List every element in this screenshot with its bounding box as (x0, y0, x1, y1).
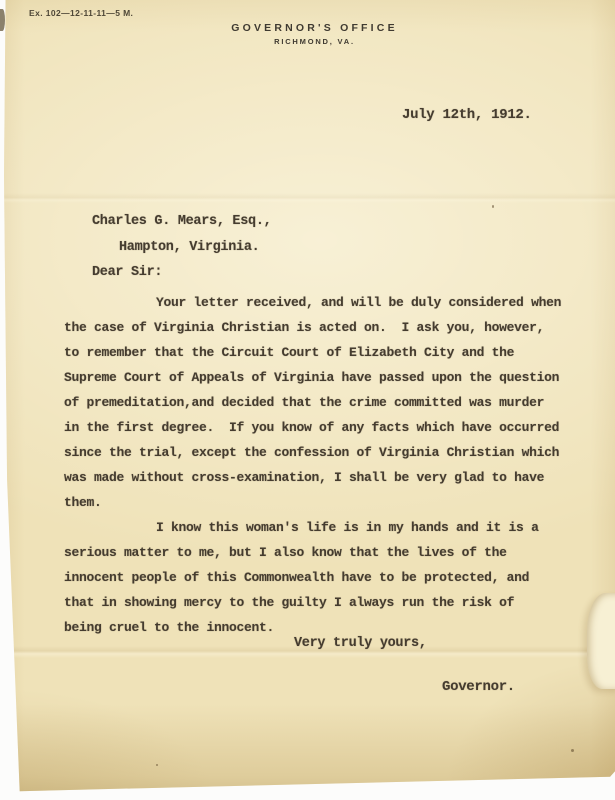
body-line: of premeditation,and decided that the cr… (64, 390, 564, 415)
paper-speck (156, 764, 158, 766)
body-line: in the first degree. If you know of any … (64, 415, 564, 440)
salutation: Dear Sir: (92, 265, 162, 280)
date-line: July 12th, 1912. (402, 107, 532, 123)
letterhead: GOVERNOR'S OFFICE RICHMOND, VA. (0, 22, 615, 46)
form-reference-number: Ex. 102—12-11-11—5 M. (29, 8, 133, 18)
body-line: them. (64, 490, 564, 515)
letter-paper: Ex. 102—12-11-11—5 M. GOVERNOR'S OFFICE … (0, 0, 615, 800)
signature: Governor. (442, 679, 515, 695)
body-line: since the trial, except the confession o… (64, 440, 564, 465)
paper-edge-notch (0, 9, 5, 31)
paper-speck (571, 749, 574, 752)
body-line: Supreme Court of Appeals of Virginia hav… (64, 365, 564, 390)
body-line: I know this woman's life is in my hands … (64, 515, 564, 540)
fold-crease-top (0, 193, 615, 203)
body-line: the case of Virginia Christian is acted … (64, 315, 564, 340)
paper-speck (492, 205, 494, 208)
torn-edge-patch (587, 593, 615, 689)
closing: Very truly yours, (294, 636, 427, 651)
scan-background: Ex. 102—12-11-11—5 M. GOVERNOR'S OFFICE … (0, 0, 615, 800)
body-line: was made without cross-examination, I sh… (64, 465, 564, 490)
body-line: to remember that the Circuit Court of El… (64, 340, 564, 365)
recipient-name: Charles G. Mears, Esq., (92, 214, 271, 229)
body-line: serious matter to me, but I also know th… (64, 540, 564, 565)
letterhead-city: RICHMOND, VA. (14, 37, 615, 46)
body-line: innocent people of this Commonwealth hav… (64, 565, 564, 590)
body-line: that in showing mercy to the guilty I al… (64, 590, 564, 615)
recipient-address: Hampton, Virginia. (119, 240, 259, 255)
letter-body: Your letter received, and will be duly c… (64, 290, 564, 640)
body-line: Your letter received, and will be duly c… (64, 290, 564, 315)
letterhead-office: GOVERNOR'S OFFICE (14, 22, 615, 34)
